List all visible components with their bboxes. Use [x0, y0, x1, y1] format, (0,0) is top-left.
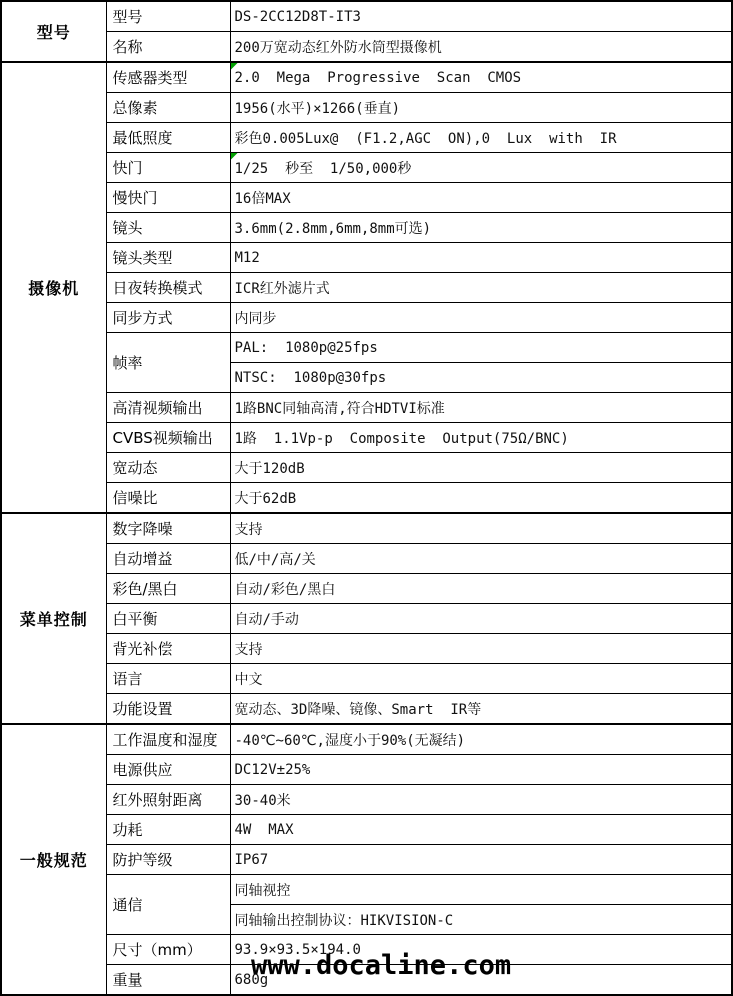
spec-value-cell: 4W MAX: [230, 815, 732, 845]
spec-value-cell: 680g: [230, 965, 732, 996]
spec-value-text: 30-40米: [235, 793, 291, 809]
spec-value-cell: 200万宽动态红外防水筒型摄像机: [230, 32, 732, 63]
spec-value-cell: 大于120dB: [230, 453, 732, 483]
spec-label-cell: 日夜转换模式: [106, 273, 230, 303]
spec-value-text: 低/中/高/关: [235, 552, 316, 568]
spec-table: 型号型号DS-2CC12D8T-IT3名称200万宽动态红外防水筒型摄像机摄像机…: [0, 0, 733, 996]
spec-label-cell: 数字降噪: [106, 513, 230, 544]
spec-value-text: 同轴视控: [235, 883, 291, 899]
spec-label-cell: 防护等级: [106, 845, 230, 875]
spec-label-cell: 通信: [106, 875, 230, 935]
spec-value-text: PAL: 1080p@25fps: [235, 340, 378, 356]
spec-value-text: DS-2CC12D8T-IT3: [235, 9, 361, 25]
spec-value-text: ICR红外滤片式: [235, 281, 330, 297]
table-row: 尺寸（mm）93.9×93.5×194.0: [1, 935, 732, 965]
table-row: 自动增益低/中/高/关: [1, 544, 732, 574]
spec-label-cell: 宽动态: [106, 453, 230, 483]
spec-label-cell: 镜头: [106, 213, 230, 243]
section-header-cell: 型号: [1, 1, 106, 62]
spec-value-cell: 彩色0.005Lux@ (F1.2,AGC ON),0 Lux with IR: [230, 123, 732, 153]
table-row: 彩色/黑白自动/彩色/黑白: [1, 574, 732, 604]
spec-value-text: 2.0 Mega Progressive Scan CMOS: [235, 70, 522, 86]
spec-label-cell: 语言: [106, 664, 230, 694]
spec-label-cell: 功耗: [106, 815, 230, 845]
table-row: 白平衡自动/手动: [1, 604, 732, 634]
table-row: 名称200万宽动态红外防水筒型摄像机: [1, 32, 732, 63]
table-row: 红外照射距离30-40米: [1, 785, 732, 815]
spec-value-cell: 同轴视控: [230, 875, 732, 905]
spec-label-cell: 背光补偿: [106, 634, 230, 664]
spec-value-cell: 1956(水平)×1266(垂直): [230, 93, 732, 123]
spec-value-cell: 自动/手动: [230, 604, 732, 634]
spec-label-cell: 最低照度: [106, 123, 230, 153]
spec-value-text: 16倍MAX: [235, 191, 291, 207]
spec-value-text: 同轴输出控制协议：HIKVISION-C: [235, 913, 454, 929]
spec-value-text: 宽动态、3D降噪、镜像、Smart IR等: [235, 702, 482, 718]
spec-value-cell: 支持: [230, 513, 732, 544]
table-row: 帧率PAL: 1080p@25fps: [1, 333, 732, 363]
spec-label-cell: 总像素: [106, 93, 230, 123]
spec-label-cell: 工作温度和湿度: [106, 724, 230, 755]
table-row: 电源供应DC12V±25%: [1, 755, 732, 785]
table-row: 镜头类型M12: [1, 243, 732, 273]
spec-label-cell: 电源供应: [106, 755, 230, 785]
spec-value-text: 大于120dB: [235, 461, 305, 477]
spec-label-cell: 镜头类型: [106, 243, 230, 273]
table-row: 功能设置宽动态、3D降噪、镜像、Smart IR等: [1, 694, 732, 725]
spec-value-text: 93.9×93.5×194.0: [235, 942, 361, 958]
spec-value-text: 1路BNC同轴高清,符合HDTVI标准: [235, 401, 445, 417]
spec-label-cell: 名称: [106, 32, 230, 63]
spec-value-cell: 中文: [230, 664, 732, 694]
table-row: 最低照度彩色0.005Lux@ (F1.2,AGC ON),0 Lux with…: [1, 123, 732, 153]
spec-value-cell: 宽动态、3D降噪、镜像、Smart IR等: [230, 694, 732, 725]
section-header-cell: 一般规范: [1, 724, 106, 995]
spec-value-cell: 支持: [230, 634, 732, 664]
spec-label-cell: 同步方式: [106, 303, 230, 333]
spec-value-cell: 内同步: [230, 303, 732, 333]
spec-value-text: NTSC: 1080p@30fps: [235, 370, 387, 386]
spec-value-text: 200万宽动态红外防水筒型摄像机: [235, 40, 442, 56]
spec-value-cell: 低/中/高/关: [230, 544, 732, 574]
spec-label-cell: 快门: [106, 153, 230, 183]
spec-label-cell: 高清视频输出: [106, 393, 230, 423]
spec-value-text: 支持: [235, 522, 263, 538]
table-row: 防护等级IP67: [1, 845, 732, 875]
spec-value-cell: DC12V±25%: [230, 755, 732, 785]
spec-label-cell: CVBS视频输出: [106, 423, 230, 453]
section-header-cell: 摄像机: [1, 62, 106, 513]
spec-label-cell: 信噪比: [106, 483, 230, 514]
spec-sheet-page: 型号型号DS-2CC12D8T-IT3名称200万宽动态红外防水筒型摄像机摄像机…: [0, 0, 733, 992]
spec-value-cell: M12: [230, 243, 732, 273]
table-row: 总像素1956(水平)×1266(垂直): [1, 93, 732, 123]
table-row: 慢快门16倍MAX: [1, 183, 732, 213]
spec-value-text: 1956(水平)×1266(垂直): [235, 101, 401, 117]
table-row: 菜单控制数字降噪支持: [1, 513, 732, 544]
table-row: 功耗4W MAX: [1, 815, 732, 845]
table-row: 语言中文: [1, 664, 732, 694]
spec-label-cell: 功能设置: [106, 694, 230, 725]
spec-value-text: 自动/彩色/黑白: [235, 582, 336, 598]
spec-label-cell: 白平衡: [106, 604, 230, 634]
spec-label-cell: 帧率: [106, 333, 230, 393]
spec-value-cell: 30-40米: [230, 785, 732, 815]
spec-value-cell: 大于62dB: [230, 483, 732, 514]
spec-value-cell: 93.9×93.5×194.0: [230, 935, 732, 965]
spec-label-cell: 型号: [106, 1, 230, 32]
spec-label-cell: 彩色/黑白: [106, 574, 230, 604]
spec-value-text: M12: [235, 250, 260, 266]
spec-label-cell: 传感器类型: [106, 62, 230, 93]
table-row: 日夜转换模式ICR红外滤片式: [1, 273, 732, 303]
spec-label-cell: 重量: [106, 965, 230, 996]
spec-value-cell: 自动/彩色/黑白: [230, 574, 732, 604]
spec-value-cell: 1路BNC同轴高清,符合HDTVI标准: [230, 393, 732, 423]
spec-value-text: 彩色0.005Lux@ (F1.2,AGC ON),0 Lux with IR: [235, 131, 617, 147]
table-row: 镜头3.6mm(2.8mm,6mm,8mm可选): [1, 213, 732, 243]
table-row: 一般规范工作温度和湿度-40℃~60℃,湿度小于90%(无凝结): [1, 724, 732, 755]
spec-value-text: 4W MAX: [235, 822, 294, 838]
spec-value-cell: ICR红外滤片式: [230, 273, 732, 303]
spec-value-text: -40℃~60℃,湿度小于90%(无凝结): [235, 733, 466, 749]
spec-value-cell: -40℃~60℃,湿度小于90%(无凝结): [230, 724, 732, 755]
spec-value-text: 大于62dB: [235, 491, 297, 507]
spec-value-cell: IP67: [230, 845, 732, 875]
cell-comment-marker-icon: [231, 153, 238, 160]
table-row: 高清视频输出1路BNC同轴高清,符合HDTVI标准: [1, 393, 732, 423]
spec-value-text: 680g: [235, 972, 269, 988]
table-row: 快门1/25 秒至 1/50,000秒: [1, 153, 732, 183]
table-row: 信噪比大于62dB: [1, 483, 732, 514]
spec-value-text: IP67: [235, 852, 269, 868]
table-row: 背光补偿支持: [1, 634, 732, 664]
table-row: CVBS视频输出1路 1.1Vp-p Composite Output(75Ω/…: [1, 423, 732, 453]
spec-value-cell: DS-2CC12D8T-IT3: [230, 1, 732, 32]
spec-value-cell: 同轴输出控制协议：HIKVISION-C: [230, 905, 732, 935]
table-row: 通信同轴视控: [1, 875, 732, 905]
spec-label-cell: 红外照射距离: [106, 785, 230, 815]
spec-label-cell: 尺寸（mm）: [106, 935, 230, 965]
section-header-cell: 菜单控制: [1, 513, 106, 724]
spec-value-cell: 1路 1.1Vp-p Composite Output(75Ω/BNC): [230, 423, 732, 453]
spec-value-text: 内同步: [235, 311, 277, 327]
spec-value-text: 1路 1.1Vp-p Composite Output(75Ω/BNC): [235, 431, 569, 447]
spec-value-text: DC12V±25%: [235, 762, 311, 778]
table-row: 宽动态大于120dB: [1, 453, 732, 483]
spec-value-text: 3.6mm(2.8mm,6mm,8mm可选): [235, 221, 432, 237]
spec-value-cell: 3.6mm(2.8mm,6mm,8mm可选): [230, 213, 732, 243]
spec-label-cell: 自动增益: [106, 544, 230, 574]
spec-value-cell: 2.0 Mega Progressive Scan CMOS: [230, 62, 732, 93]
table-row: 型号型号DS-2CC12D8T-IT3: [1, 1, 732, 32]
spec-label-cell: 慢快门: [106, 183, 230, 213]
spec-value-cell: 16倍MAX: [230, 183, 732, 213]
table-row: 重量680g: [1, 965, 732, 996]
spec-value-text: 中文: [235, 672, 263, 688]
spec-value-text: 支持: [235, 642, 263, 658]
table-row: 摄像机传感器类型2.0 Mega Progressive Scan CMOS: [1, 62, 732, 93]
spec-value-text: 1/25 秒至 1/50,000秒: [235, 161, 412, 177]
spec-value-cell: PAL: 1080p@25fps: [230, 333, 732, 363]
spec-value-text: 自动/手动: [235, 612, 299, 628]
spec-value-cell: 1/25 秒至 1/50,000秒: [230, 153, 732, 183]
table-row: 同步方式内同步: [1, 303, 732, 333]
spec-value-cell: NTSC: 1080p@30fps: [230, 363, 732, 393]
spec-table-body: 型号型号DS-2CC12D8T-IT3名称200万宽动态红外防水筒型摄像机摄像机…: [1, 1, 732, 995]
